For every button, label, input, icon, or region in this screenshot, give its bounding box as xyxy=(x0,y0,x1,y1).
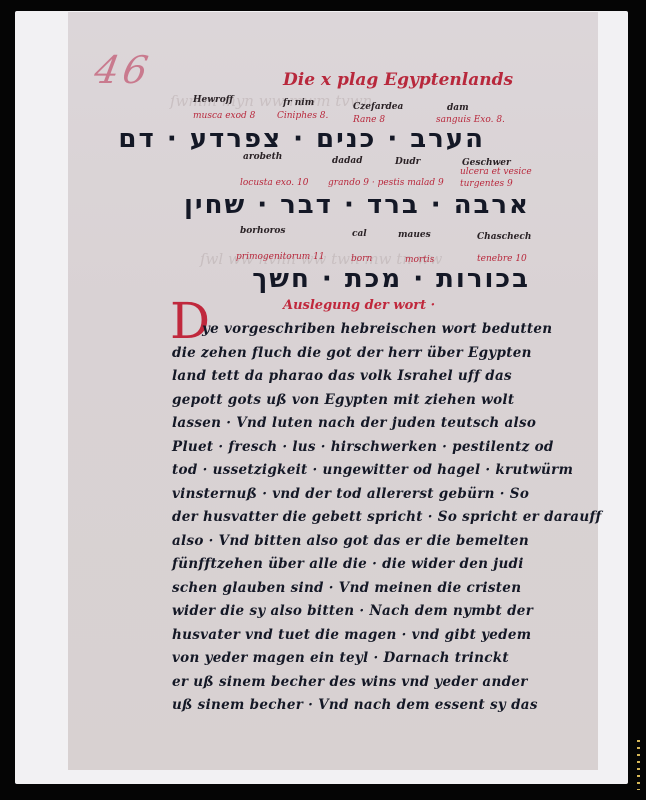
folio-number: 46 xyxy=(91,48,155,92)
gloss-label: Chaschech xyxy=(477,232,531,242)
film-edge-marks xyxy=(637,740,640,790)
text-line: Pluet · fresch · lus · hirschwerken · pe… xyxy=(172,436,552,460)
gloss-label: fr nim xyxy=(283,98,314,108)
text-line: land tett da pharao das volk Israhel uff… xyxy=(172,365,552,389)
text-line: husvater vnd tuet die magen · vnd gibt y… xyxy=(172,624,552,648)
body-text: ye vorgeschriben hebreischen wort bedutt… xyxy=(202,318,552,718)
gloss-label: Ciniphes 8. xyxy=(277,111,328,121)
gloss-label: tenebre 10 xyxy=(477,254,527,264)
text-line: der husvatter die gebett spricht · So sp… xyxy=(172,506,552,530)
gloss-label: arobeth xyxy=(243,152,282,162)
gloss-label: Czefardea xyxy=(353,102,403,112)
gloss-label: cal xyxy=(352,229,367,239)
gloss-label: locusta exo. 10 xyxy=(240,178,308,188)
gloss-label: Hewroff xyxy=(193,95,233,105)
text-line: fünfftzehen über alle die · die wider de… xyxy=(172,553,552,577)
gloss-label: dadad xyxy=(332,156,363,166)
gloss-label: born xyxy=(351,254,372,264)
hebrew-line-3: בכורות · מכת · חשך xyxy=(245,264,530,294)
gloss-label: primogenitorum 11 xyxy=(236,252,325,262)
gloss-label: maues xyxy=(398,230,431,240)
text-line: uß sinem becher · Vnd nach dem essent sy… xyxy=(172,694,552,718)
gloss-label: ulcera et vesice turgentes 9 xyxy=(460,166,550,190)
text-line: lassen · Vnd luten nach der juden teutsc… xyxy=(172,412,552,436)
text-line: vinsternuß · vnd der tod allererst gebür… xyxy=(172,483,552,507)
text-line: gepott gots uß von Egypten mit ziehen wo… xyxy=(172,389,552,413)
gloss-label: musca exod 8 xyxy=(193,111,255,121)
section-rubric: Auslegung der wort · xyxy=(283,298,435,313)
text-line: also · Vnd bitten also got das er die be… xyxy=(172,530,552,554)
text-line: tod · ussetzigkeit · ungewitter od hagel… xyxy=(172,459,552,483)
gloss-label: Dudr xyxy=(395,157,420,167)
text-line: von yeder magen ein teyl · Darnach trinc… xyxy=(172,647,552,671)
page-title: Die x plag Egyptenlands xyxy=(283,70,513,90)
gloss-label: dam xyxy=(447,103,469,113)
gloss-label: grando 9 · pestis malad 9 xyxy=(328,178,444,188)
text-line: die zehen fluch die got der herr über Eg… xyxy=(172,342,552,366)
text-line: ye vorgeschriben hebreischen wort bedutt… xyxy=(202,318,552,342)
hebrew-line-1: הערב · כנים · צפרדע · דם xyxy=(187,124,485,154)
gloss-label: borhoros xyxy=(240,226,285,236)
text-line: wider die sy also bitten · Nach dem nymb… xyxy=(172,600,552,624)
text-line: er uß sinem becher des wins vnd yeder an… xyxy=(172,671,552,695)
hebrew-line-2: ארבה · ברד · דבר · שחין xyxy=(240,190,530,220)
text-line: schen glauben sind · Vnd meinen die cris… xyxy=(172,577,552,601)
